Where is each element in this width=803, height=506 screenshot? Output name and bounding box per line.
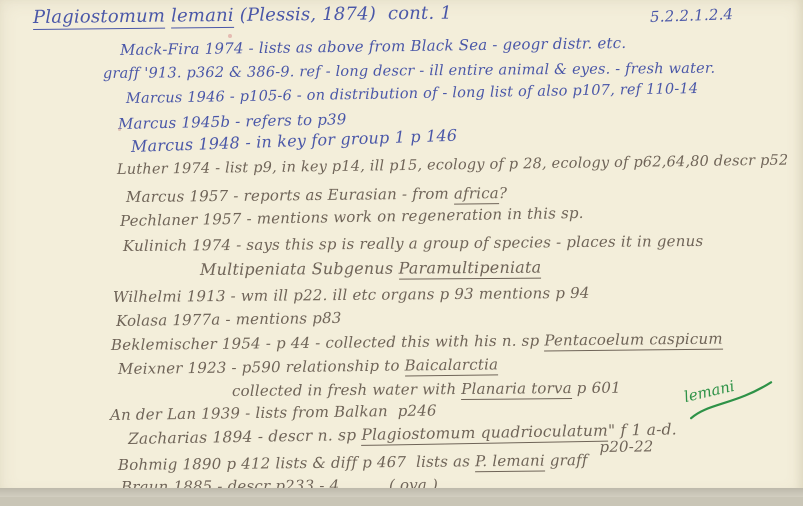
text-segment: Baicalarctia — [404, 355, 498, 376]
text-segment: collected in fresh water with — [232, 380, 461, 400]
text-segment: (Plessis, 1874) — [234, 3, 388, 26]
note-line: Kolasa 1977a - mentions p83 — [116, 310, 342, 330]
note-line: Marcus 1946 - p105-6 - on distribution o… — [126, 82, 699, 108]
text-segment: cont. 1 — [388, 3, 452, 25]
text-segment: Beklemischer 1954 - p 44 - collected thi… — [111, 331, 544, 354]
note-line: Marcus 1957 - reports as Eurasian - from… — [126, 185, 507, 205]
note-line: Marcus 1945b - refers to p39 — [118, 111, 347, 132]
note-line: Pechlaner 1957 - mentions work on regene… — [120, 205, 584, 230]
text-segment: Plagiostomum quadrioculatum — [361, 422, 608, 446]
text-segment: lemani — [171, 5, 234, 29]
note-line: graff '913. p362 & 386-9. ref - long des… — [103, 62, 715, 83]
text-segment: Multipeniata Subgenus — [200, 259, 399, 279]
text-segment: graff '913. p362 & 386-9. ref - long des… — [103, 61, 715, 82]
text-segment: africa — [454, 184, 499, 204]
text-segment: Planaria torva — [461, 379, 572, 400]
note-line: Zacharias 1894 - descr n. sp Plagiostomu… — [128, 421, 677, 448]
text-segment: Meixner 1923 - p590 relationship to — [118, 356, 405, 378]
text-segment: p20-22 — [599, 437, 653, 456]
text-segment: Marcus 1946 - p105-6 - on distribution o… — [126, 81, 699, 107]
note-line: Bohmig 1890 p 412 lists & diff p 467 lis… — [118, 451, 654, 473]
note-line: Luther 1974 - list p9, in key p14, ill p… — [117, 154, 789, 179]
text-segment: Wilhelmi 1913 - wm ill p22. ill etc orga… — [113, 284, 590, 306]
text-segment: Pentacoelum caspicum — [544, 330, 723, 352]
text-segment: Plagiostomum — [33, 6, 165, 30]
green-annotation: lemani — [682, 368, 779, 422]
text-segment: Luther 1974 - list p9, in key p14, ill p… — [117, 153, 789, 178]
note-line: Multipeniata Subgenus Paramultipeniata — [200, 259, 541, 279]
note-line: An der Lan 1939 - lists from Balkan p246 — [110, 402, 437, 423]
text-segment: Marcus 1945b - refers to p39 — [118, 110, 347, 133]
text-segment: Paramultipeniata — [399, 258, 542, 280]
text-segment: Pechlaner 1957 - mentions work on regene… — [120, 204, 584, 230]
note-line: Kulinich 1974 - says this sp is really a… — [123, 233, 703, 255]
text-segment: Bohmig 1890 p 412 lists & diff p 467 lis… — [118, 452, 475, 474]
note-line: Mack-Fira 1974 - lists as above from Bla… — [120, 35, 627, 59]
text-segment: Zacharias 1894 - descr n. sp — [128, 426, 362, 448]
scan-edge — [0, 488, 803, 497]
note-line: Meixner 1923 - p590 relationship to Baic… — [118, 356, 498, 377]
classification-code: 5.2.2.1.2.4 — [650, 6, 734, 25]
text-segment: An der Lan 1939 - lists from Balkan p246 — [110, 401, 437, 424]
index-card: Plagiostomum lemani (Plessis, 1874) cont… — [0, 0, 803, 497]
text-segment: Mack-Fira 1974 - lists as above from Bla… — [120, 34, 627, 59]
text-segment: graff — [545, 451, 588, 469]
note-line: Wilhelmi 1913 - wm ill p22. ill etc orga… — [113, 285, 590, 306]
scan-speck — [118, 128, 121, 131]
text-segment: ? — [499, 184, 507, 202]
text-segment: P. lemani — [475, 452, 545, 473]
note-line: Beklemischer 1954 - p 44 - collected thi… — [111, 331, 723, 354]
text-segment: p 601 — [572, 379, 621, 397]
card-title: Plagiostomum lemani (Plessis, 1874) cont… — [33, 4, 452, 28]
scan-speck — [228, 34, 232, 38]
text-segment: Kulinich 1974 - says this sp is really a… — [123, 232, 703, 255]
text-segment: Marcus 1957 - reports as Eurasian - from — [126, 185, 454, 206]
text-segment: Kolasa 1977a - mentions p83 — [116, 309, 342, 330]
note-line: collected in fresh water with Planaria t… — [232, 380, 621, 400]
